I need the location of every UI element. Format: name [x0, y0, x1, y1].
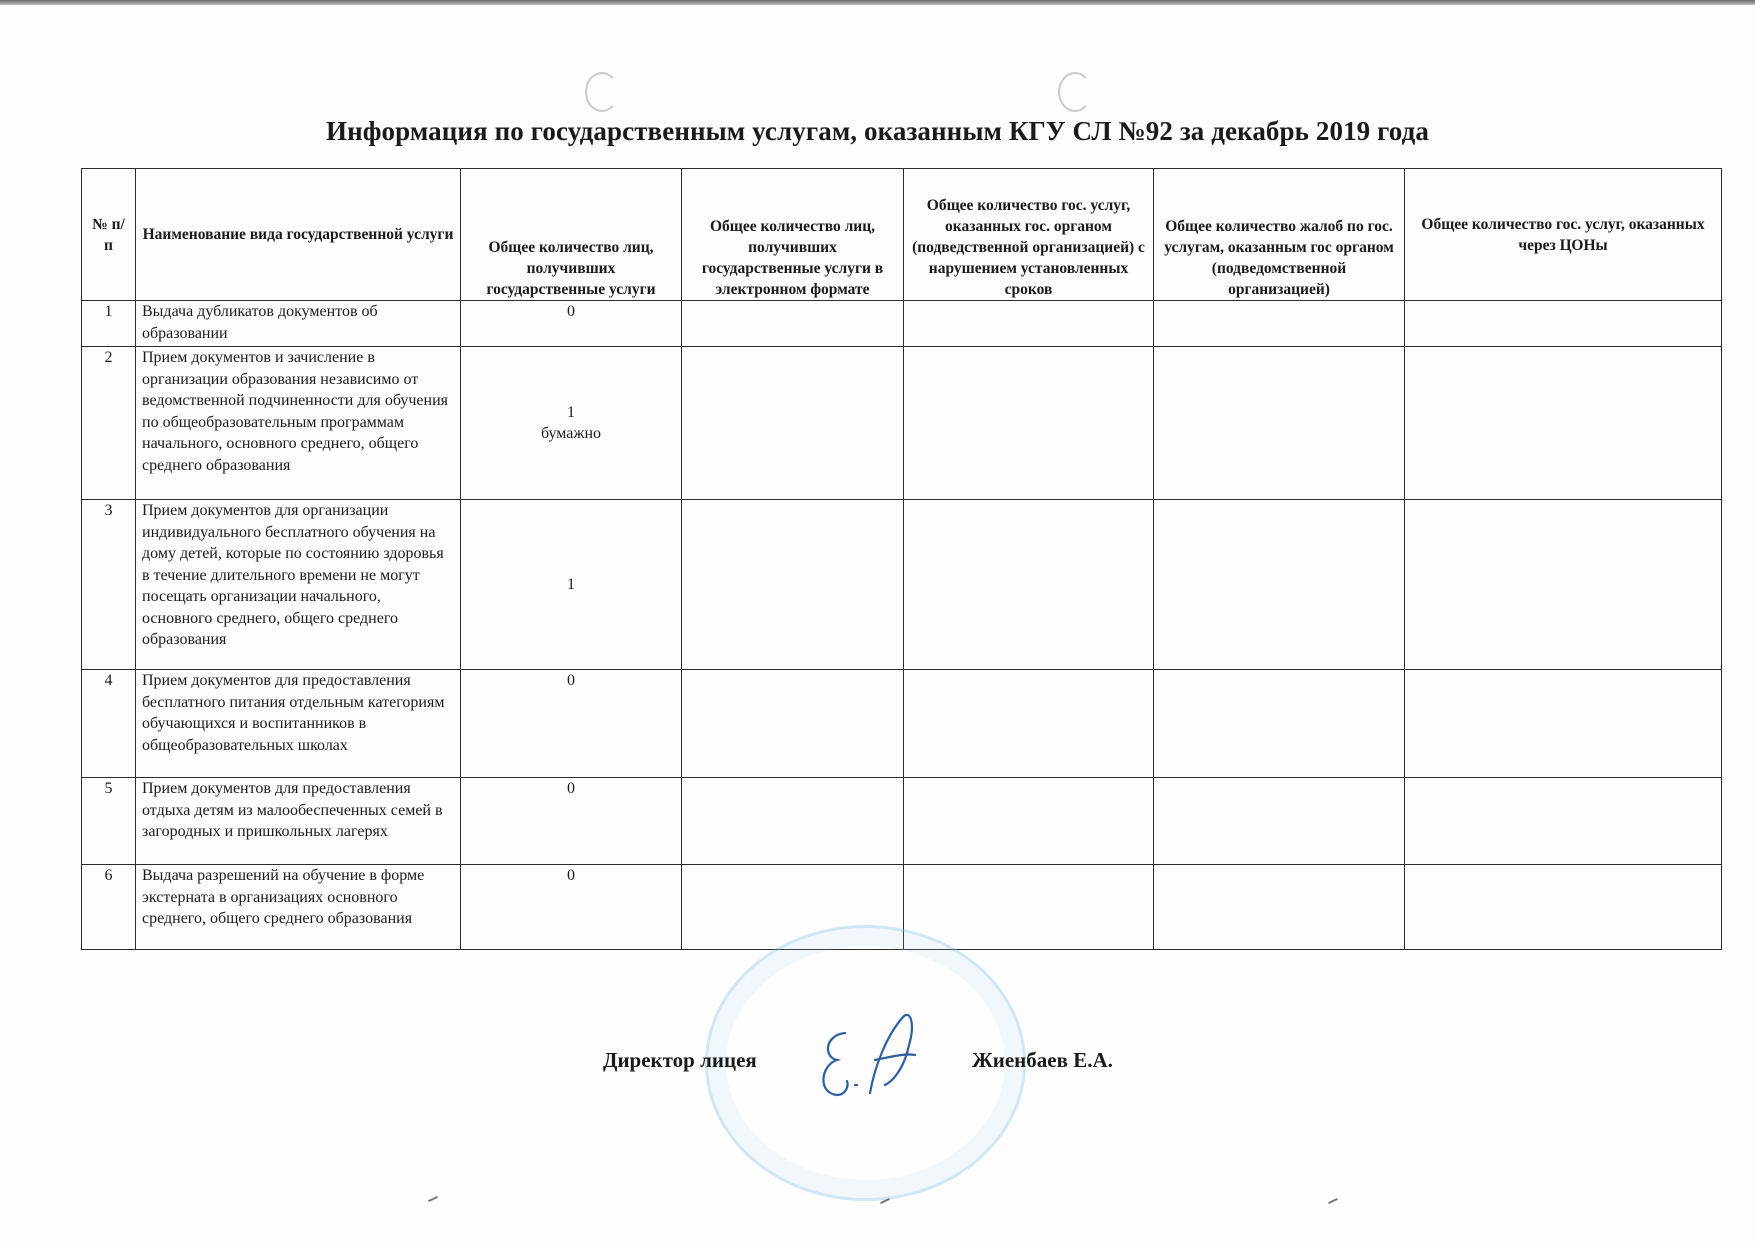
services-table: № п/п Наименование вида государственной … [81, 168, 1722, 950]
header-total-recipients: Общее количество лиц, получивших государ… [461, 169, 682, 301]
deadline-violations [904, 670, 1154, 778]
service-name: Прием документов для организации индивид… [136, 500, 461, 670]
scan-mark [1328, 1198, 1338, 1204]
total-value: 0 [467, 865, 675, 887]
row-number: 5 [82, 778, 136, 865]
total-value: 1 [467, 402, 675, 424]
electronic-recipients [682, 301, 904, 347]
service-name: Выдача разрешений на обучение в форме эк… [136, 865, 461, 950]
total-recipients: 1бумажно [461, 347, 682, 500]
con-services [1405, 301, 1722, 347]
signatory-position: Директор лицея [603, 1048, 757, 1073]
total-value: 0 [467, 670, 675, 692]
punch-hole-mark [1058, 72, 1092, 112]
deadline-violations [904, 301, 1154, 347]
con-services [1405, 778, 1722, 865]
service-name: Прием документов и зачисление в организа… [136, 347, 461, 500]
complaints [1154, 865, 1405, 950]
electronic-recipients [682, 778, 904, 865]
complaints [1154, 670, 1405, 778]
table-header-row: № п/п Наименование вида государственной … [82, 169, 1722, 301]
con-services [1405, 347, 1722, 500]
total-value: 0 [467, 301, 675, 323]
row-number: 2 [82, 347, 136, 500]
total-note: бумажно [467, 423, 675, 445]
table-row: 4Прием документов для предоставления бес… [82, 670, 1722, 778]
deadline-violations [904, 347, 1154, 500]
row-number: 3 [82, 500, 136, 670]
document-title: Информация по государственным услугам, о… [0, 116, 1755, 147]
complaints [1154, 347, 1405, 500]
signature-mark [815, 1005, 930, 1105]
table-row: 1Выдача дубликатов документов об образов… [82, 301, 1722, 347]
table-row: 5Прием документов для предоставления отд… [82, 778, 1722, 865]
service-name: Выдача дубликатов документов об образова… [136, 301, 461, 347]
row-number: 6 [82, 865, 136, 950]
con-services [1405, 500, 1722, 670]
total-recipients: 0 [461, 301, 682, 347]
con-services [1405, 670, 1722, 778]
service-name: Прием документов для предоставления бесп… [136, 670, 461, 778]
scan-mark [428, 1196, 438, 1202]
complaints [1154, 301, 1405, 347]
total-recipients: 0 [461, 865, 682, 950]
header-complaints: Общее количество жалоб по гос. услугам, … [1154, 169, 1405, 301]
complaints [1154, 778, 1405, 865]
electronic-recipients [682, 670, 904, 778]
total-value: 1 [467, 574, 675, 596]
punch-hole-mark [585, 72, 619, 112]
header-number: № п/п [82, 169, 136, 301]
electronic-recipients [682, 500, 904, 670]
total-value: 0 [467, 778, 675, 800]
signatory-name: Жиенбаев Е.А. [972, 1048, 1113, 1073]
service-name: Прием документов для предоставления отды… [136, 778, 461, 865]
header-deadline-violations: Общее количество гос. услуг, оказанных г… [904, 169, 1154, 301]
total-recipients: 0 [461, 778, 682, 865]
total-recipients: 1 [461, 500, 682, 670]
header-electronic-recipients: Общее количество лиц, получивших государ… [682, 169, 904, 301]
header-service-name: Наименование вида государственной услуги [136, 169, 461, 301]
con-services [1405, 865, 1722, 950]
deadline-violations [904, 865, 1154, 950]
deadline-violations [904, 500, 1154, 670]
deadline-violations [904, 778, 1154, 865]
table-row: 2Прием документов и зачисление в организ… [82, 347, 1722, 500]
row-number: 4 [82, 670, 136, 778]
complaints [1154, 500, 1405, 670]
row-number: 1 [82, 301, 136, 347]
table-row: 3Прием документов для организации индиви… [82, 500, 1722, 670]
header-con-services: Общее количество гос. услуг, оказанных ч… [1405, 169, 1722, 301]
electronic-recipients [682, 347, 904, 500]
scan-top-edge [0, 0, 1755, 5]
total-recipients: 0 [461, 670, 682, 778]
